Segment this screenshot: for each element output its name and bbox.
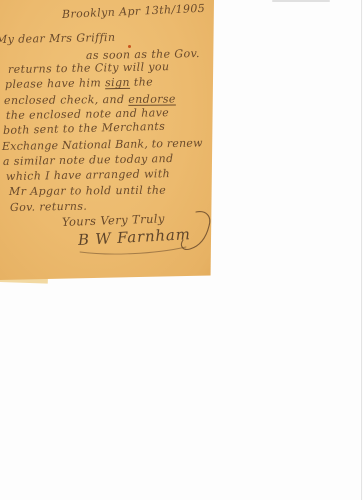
scanned-letter-page: Brooklyn Apr 13th/1905 My dear Mrs Griff…: [0, 0, 363, 500]
letter-line: Gov. returns.: [10, 201, 87, 213]
letter-line: Mr Apgar to hold until the: [9, 185, 166, 197]
letter-paper: Brooklyn Apr 13th/1905 My dear Mrs Griff…: [0, 0, 214, 280]
letter-line: returns to the City will you: [8, 61, 170, 75]
letter-line: the enclosed note and have: [6, 107, 169, 121]
scan-artifact-smudge: [272, 0, 330, 2]
letter-line-segment: please have him: [5, 76, 105, 91]
letter-line: a similar note due today and: [3, 153, 174, 167]
letter-line-segment: the: [130, 75, 153, 88]
letter-line-segment: enclosed check, and: [4, 93, 128, 107]
letter-line: which I have arranged with: [6, 168, 170, 182]
underlined-word: sign: [105, 76, 130, 89]
letter-line: enclosed check, and endorse: [4, 94, 176, 106]
letter-line: both sent to the Merchants: [3, 121, 165, 136]
letter-line: please have him sign the: [5, 76, 153, 90]
letter-dateline: Brooklyn Apr 13th/1905: [62, 3, 206, 20]
letter-signature: B W Farnham: [78, 227, 191, 248]
letter-line: Exchange National Bank, to renew: [2, 137, 203, 152]
letter-line: as soon as the Gov.: [86, 48, 200, 61]
underlined-word: endorse: [128, 93, 176, 106]
letter-salutation: My dear Mrs Griffin: [0, 32, 115, 45]
scan-edge-line: [361, 0, 362, 500]
ink-speck: [128, 45, 131, 48]
